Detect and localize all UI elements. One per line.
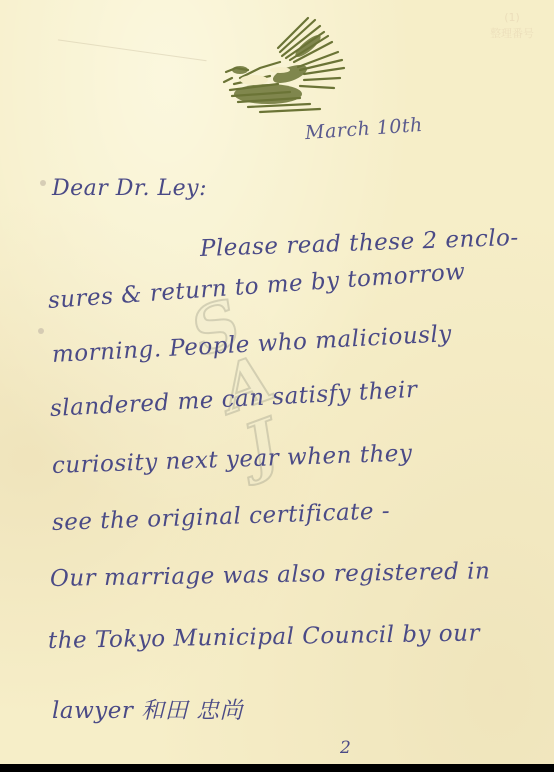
letter-page: (1) 整理番号 xyxy=(0,0,554,768)
page-number: 2 xyxy=(340,738,351,758)
body-line: lawyer 和田 忠尚 xyxy=(52,692,243,725)
body-line: see the original certificate - xyxy=(52,498,391,536)
paper-crease xyxy=(58,0,212,61)
binder-hole-mark xyxy=(40,180,46,186)
letter-salutation: Dear Dr. Ley: xyxy=(52,176,207,201)
stamp-line: (1) xyxy=(484,10,540,26)
body-line: Please read these 2 enclo- xyxy=(200,225,520,262)
letter-date: March 10th xyxy=(304,114,423,144)
stamp-line: 整理番号 xyxy=(484,26,540,42)
scan-edge xyxy=(0,764,554,768)
body-line: curiosity next year when they xyxy=(52,440,413,479)
body-line: sures & return to me by tomorrow xyxy=(47,259,466,314)
body-line: Our marriage was also registered in xyxy=(50,558,491,592)
binder-hole-mark xyxy=(38,328,44,334)
corner-stamp: (1) 整理番号 xyxy=(484,10,540,60)
body-line: slandered me can satisfy their xyxy=(49,377,418,422)
bird-illustration-icon xyxy=(220,12,350,117)
body-line: morning. People who maliciously xyxy=(51,321,452,368)
body-line: the Tokyo Municipal Council by our xyxy=(48,620,480,654)
